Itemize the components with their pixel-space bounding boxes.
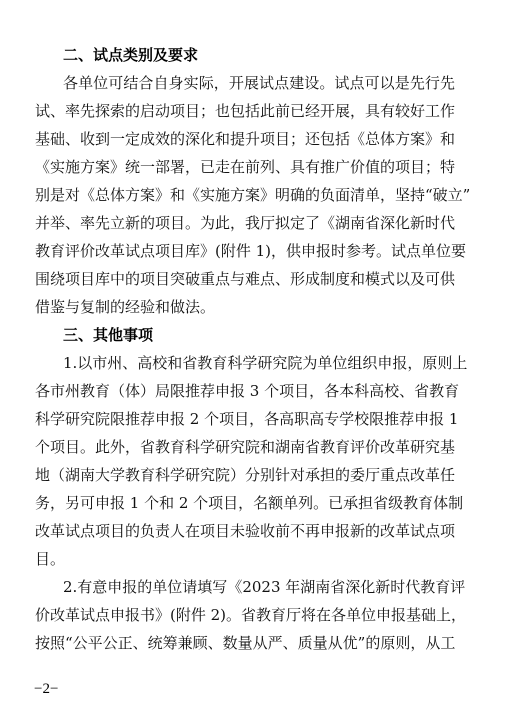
section-heading-pilot-categories: 二、试点类别及要求 — [35, 41, 455, 69]
paragraph-line: 科学研究院限推荐申报 2 个项目，各高职高专学校限推荐申报 1 — [35, 405, 455, 433]
paragraph-line: 按照“公平公正、统筹兼顾、数量从严、质量从优”的原则，从工 — [35, 629, 455, 657]
paragraph-line: 目。 — [35, 545, 455, 573]
paragraph-line: 1.以市州、高校和省教育科学研究院为单位组织申报，原则上 — [35, 349, 455, 377]
document-page: 二、试点类别及要求 各单位可结合自身实际，开展试点建设。试点可以是先行先 试、率… — [0, 0, 512, 721]
paragraph-line: 试、率先探索的启动项目；也包括此前已经开展，具有较好工作 — [35, 97, 455, 125]
paragraph-line: 务，另可申报 1 个和 2 个项目，名额单列。已承担省级教育体制 — [35, 489, 455, 517]
paragraph-line: 各单位可结合自身实际，开展试点建设。试点可以是先行先 — [35, 69, 455, 97]
paragraph-line: 个项目。此外，省教育科学研究院和湖南省教育评价改革研究基 — [35, 433, 455, 461]
section-heading-other-matters: 三、其他事项 — [35, 321, 455, 349]
paragraph-line: 各市州教育（体）局限推荐申报 3 个项目，各本科高校、省教育 — [35, 377, 455, 405]
paragraph-line: 地（湖南大学教育科学研究院）分别针对承担的委厅重点改革任 — [35, 461, 455, 489]
paragraph-line: 借鉴与复制的经验和做法。 — [35, 293, 455, 321]
paragraph-line: 围绕项目库中的项目突破重点与难点、形成制度和模式以及可供 — [35, 265, 455, 293]
page-number: −2− — [34, 679, 58, 699]
paragraph-line: 基础、收到一定成效的深化和提升项目；还包括《总体方案》和 — [35, 125, 455, 153]
paragraph-line: 改革试点项目的负责人在项目未验收前不再申报新的改革试点项 — [35, 517, 455, 545]
paragraph-line: 2.有意申报的单位请填写《2023 年湖南省深化新时代教育评 — [35, 573, 455, 601]
paragraph-line: 《实施方案》统一部署，已走在前列、具有推广价值的项目；特 — [35, 153, 455, 181]
paragraph-line: 价改革试点申报书》(附件 2)。省教育厅将在各单位申报基础上， — [35, 601, 455, 629]
paragraph-line: 教育评价改革试点项目库》(附件 1)，供申报时参考。试点单位要 — [35, 237, 455, 265]
paragraph-item-1: 1.以市州、高校和省教育科学研究院为单位组织申报，原则上 各市州教育（体）局限推… — [35, 349, 455, 573]
paragraph-pilot-categories: 各单位可结合自身实际，开展试点建设。试点可以是先行先 试、率先探索的启动项目；也… — [35, 69, 455, 321]
paragraph-line: 别是对《总体方案》和《实施方案》明确的负面清单，坚持“破立” — [35, 181, 455, 209]
paragraph-item-2: 2.有意申报的单位请填写《2023 年湖南省深化新时代教育评 价改革试点申报书》… — [35, 573, 455, 657]
document-body: 二、试点类别及要求 各单位可结合自身实际，开展试点建设。试点可以是先行先 试、率… — [35, 41, 455, 657]
paragraph-line: 并举、率先立新的项目。为此，我厅拟定了《湖南省深化新时代 — [35, 209, 455, 237]
